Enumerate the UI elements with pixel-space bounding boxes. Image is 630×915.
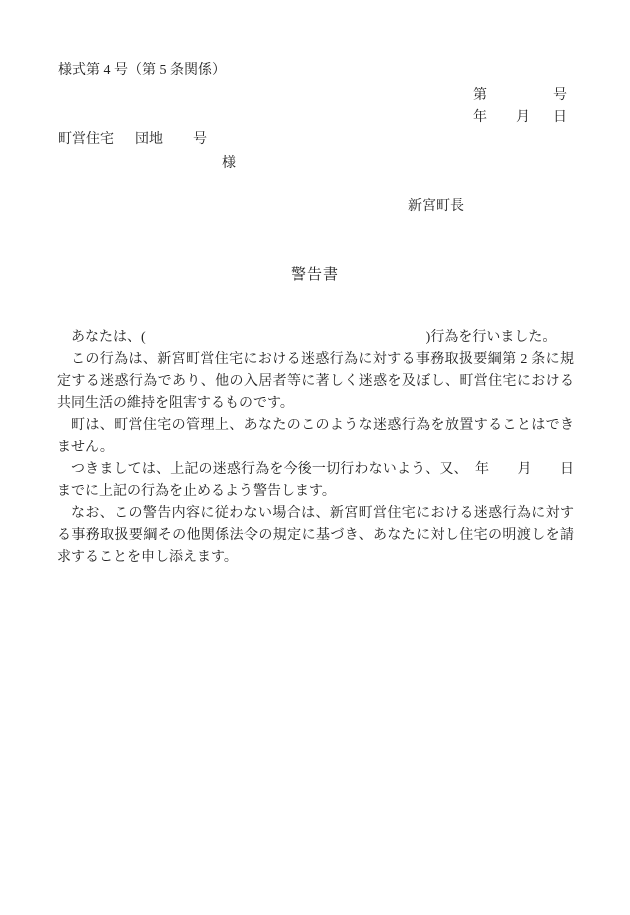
body-paragraph: この行為は、新宮町営住宅における迷惑行為に対する事務取扱要綱第 2 条に規定する…: [57, 349, 574, 415]
date-day-label: 日: [553, 110, 567, 125]
date-month-blank: [530, 120, 553, 121]
housing-label: 町営住宅: [58, 132, 114, 147]
document-body: あなたは、( )行為を行いました。この行為は、新宮町営住宅における迷惑行為に対す…: [57, 327, 574, 569]
estate-name-blank: [114, 142, 135, 143]
body-paragraph: 町は、町営住宅の管理上、あなたのこのような迷惑行為を放置することはできません。: [57, 415, 574, 459]
unit-number-blank: [163, 142, 193, 143]
doc-number-prefix-label: 第: [473, 88, 487, 103]
sender-label: 新宮町長: [408, 199, 464, 215]
estate-label: 団地: [135, 132, 163, 147]
form-number-label: 様式第 4 号（第 5 条関係）: [58, 63, 226, 79]
document-page: 様式第 4 号（第 5 条関係） 第号 年月日 町営住宅団地号 様 新宮町長 警…: [0, 0, 630, 915]
address-line: 町営住宅団地号: [58, 132, 207, 148]
date-month-label: 月: [516, 110, 530, 125]
body-paragraph: なお、この警告内容に従わない場合は、新宮町営住宅における迷惑行為に対する事務取扱…: [57, 503, 574, 569]
doc-number-blank: [487, 98, 553, 99]
body-paragraph: あなたは、( )行為を行いました。: [57, 327, 574, 349]
date-year-label: 年: [473, 110, 487, 125]
addressee-suffix-label: 様: [222, 156, 236, 172]
unit-label: 号: [193, 132, 207, 147]
doc-number-suffix-label: 号: [553, 88, 567, 103]
body-paragraph: つきましては、上記の迷惑行為を今後一切行わないよう、又、 年 月 日までに上記の…: [57, 459, 574, 503]
doc-number-line: 第号: [473, 88, 567, 104]
date-line: 年月日: [473, 110, 567, 126]
document-title: 警告書: [0, 263, 630, 284]
date-year-blank: [487, 120, 516, 121]
